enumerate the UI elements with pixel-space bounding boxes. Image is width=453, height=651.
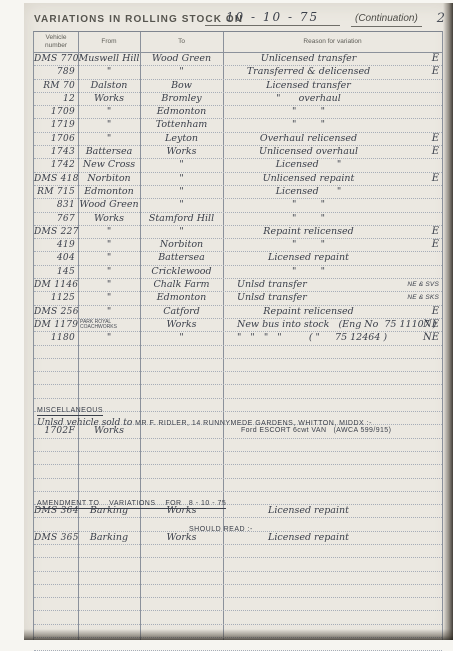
- vehicle-number: DMS 364: [34, 505, 78, 518]
- to-location: Wood Green: [140, 53, 223, 66]
- reason-for-variation: Licensed repaint: [223, 505, 442, 518]
- to-location: ": [140, 173, 223, 186]
- from-location: Wood Green: [78, 199, 140, 212]
- empty-ruled-row: [34, 359, 442, 372]
- to-location: Tottenham: [140, 119, 223, 132]
- vehicle-number: 1742: [34, 159, 78, 172]
- from-location: Muswell Hill: [78, 53, 140, 66]
- vehicle-number: DMS 770: [34, 53, 78, 66]
- col-header-reason: Reason for variation: [223, 38, 442, 46]
- table-row: 1743 Battersea Works Unlicensed overhaul…: [34, 146, 442, 159]
- table-row: 1706 " Leyton Overhaul relicensed E: [34, 133, 442, 146]
- table-row: 831 Wood Green " " ": [34, 199, 442, 212]
- reason-for-variation: Licensed repaint: [223, 532, 442, 545]
- vehicle-number: 1706: [34, 133, 78, 146]
- margin-note: E: [432, 146, 439, 159]
- date-handwritten: 10 - 10 - 75: [205, 10, 340, 26]
- table-row: 1719 " Tottenham " ": [34, 119, 442, 132]
- variations-table: Vehicle number From To Reason for variat…: [33, 31, 443, 640]
- to-location: Chalk Farm: [140, 279, 223, 292]
- table-row: DM 1179 PARK ROYAL COACHWORKS Works New …: [34, 319, 442, 332]
- to-location: Works: [140, 505, 223, 518]
- from-location: ": [78, 252, 140, 265]
- continuation-label: (Continuation): [351, 13, 422, 27]
- to-location: Bow: [140, 80, 223, 93]
- table-row: DMS 418 Norbiton " Unlicensed repaint E: [34, 173, 442, 186]
- vehicle-number: 1719: [34, 119, 78, 132]
- to-location: Catford: [140, 306, 223, 319]
- empty-ruled-row: [34, 598, 442, 611]
- page-number: 2: [437, 11, 445, 26]
- table-row: DMS 256 " Catford Repaint relicensed E: [34, 306, 442, 319]
- to-location: Works: [140, 532, 223, 545]
- reason-for-variation: New bus into stock (Eng No 75 11107 ): [223, 319, 453, 332]
- from-location: PARK ROYAL COACHWORKS: [78, 319, 140, 332]
- to-location: ": [140, 186, 223, 199]
- reason-for-variation: Licensed repaint: [223, 252, 442, 265]
- reason-for-variation: Licensed transfer: [223, 80, 442, 93]
- vehicle-number: 1743: [34, 146, 78, 159]
- reason-for-variation: Transferred & delicensed: [223, 66, 442, 79]
- from-location: ": [78, 306, 140, 319]
- to-location: Leyton: [140, 133, 223, 146]
- from-location: Barking: [78, 532, 140, 545]
- table-row: 404 " Battersea Licensed repaint: [34, 252, 442, 265]
- reason-for-variation: " ": [223, 239, 442, 252]
- from-location: Dalston: [78, 80, 140, 93]
- empty-ruled-row: [34, 558, 442, 571]
- reason-for-variation: Repaint relicensed: [223, 226, 442, 239]
- from-location: Norbiton: [78, 173, 140, 186]
- table-row: 1125 " Edmonton Unlsd transfer NE & SKS: [34, 292, 442, 305]
- table-row: 1742 New Cross " Licensed ": [34, 159, 442, 172]
- to-location: ": [140, 159, 223, 172]
- table-row: 145 " Cricklewood " ": [34, 266, 442, 279]
- vehicle-number: 767: [34, 213, 78, 226]
- margin-note: E: [432, 53, 439, 66]
- reason-for-variation: Repaint relicensed: [223, 306, 442, 319]
- table-row: 12 Works Bromley " overhaul: [34, 93, 442, 106]
- reason-for-variation: Overhaul relicensed: [223, 133, 442, 146]
- reason-for-variation: " " " " ( " 75 12464 ): [223, 332, 442, 345]
- vehicle-number: DM 1179: [34, 319, 78, 332]
- vehicle-number: 1709: [34, 106, 78, 119]
- vehicle-number: 831: [34, 199, 78, 212]
- from-location: ": [78, 239, 140, 252]
- empty-ruled-row: [34, 545, 442, 558]
- scanned-page: VARIATIONS IN ROLLING STOCK ON 10 - 10 -…: [0, 0, 453, 640]
- vehicle-number: 12: [34, 93, 78, 106]
- vehicle-number: DMS 256: [34, 306, 78, 319]
- to-location: Works: [140, 319, 223, 332]
- reason-for-variation: Licensed ": [223, 186, 442, 199]
- table-row: 767 Works Stamford Hill " ": [34, 213, 442, 226]
- vehicle-number: 404: [34, 252, 78, 265]
- vehicle-number: 419: [34, 239, 78, 252]
- table-body: DMS 770 Muswell Hill Wood Green Unlicens…: [34, 53, 442, 640]
- from-location: ": [78, 119, 140, 132]
- from-location: ": [78, 279, 140, 292]
- empty-ruled-row: [34, 439, 442, 452]
- empty-ruled-row: [34, 452, 442, 465]
- table-header: Vehicle number From To Reason for variat…: [34, 32, 442, 53]
- vehicle-number: DMS 418: [34, 173, 78, 186]
- reason-for-variation: Unlicensed repaint: [223, 173, 442, 186]
- vehicle-number: DMS 365: [34, 532, 78, 545]
- to-location: [140, 425, 223, 438]
- vehicle-number: 145: [34, 266, 78, 279]
- vehicle-number: RM 70: [34, 80, 78, 93]
- from-location: Battersea: [78, 146, 140, 159]
- col-header-from: From: [78, 38, 140, 46]
- table-row: DMS 770 Muswell Hill Wood Green Unlicens…: [34, 53, 442, 66]
- margin-note: E: [432, 173, 439, 186]
- empty-ruled-row: [34, 479, 442, 492]
- to-location: Edmonton: [140, 106, 223, 119]
- from-location: ": [78, 292, 140, 305]
- reason-for-variation: Ford ESCORT 6cwt VAN (AWCA 599/915): [223, 425, 442, 438]
- empty-ruled-row: [34, 385, 442, 398]
- from-location: ": [78, 332, 140, 345]
- from-location: Works: [78, 425, 140, 438]
- from-location: ": [78, 66, 140, 79]
- miscellaneous-heading: MISCELLANEOUS: [34, 399, 442, 412]
- reason-for-variation: " ": [223, 213, 442, 226]
- table-row: DMS 365 Barking Works Licensed repaint: [34, 532, 442, 545]
- vehicle-number: 1125: [34, 292, 78, 305]
- from-location: ": [78, 226, 140, 239]
- from-location: Barking: [78, 505, 140, 518]
- empty-ruled-row: [34, 585, 442, 598]
- margin-note: NE & SKS: [407, 292, 439, 305]
- page-header: VARIATIONS IN ROLLING STOCK ON 10 - 10 -…: [33, 10, 445, 31]
- vehicle-number: RM 715: [34, 186, 78, 199]
- from-location: Edmonton: [78, 186, 140, 199]
- table-row: DM 1146 " Chalk Farm Unlsd transfer NE &…: [34, 279, 442, 292]
- margin-note: E: [432, 66, 439, 79]
- table-row: 1709 " Edmonton " ": [34, 106, 442, 119]
- margin-note: NE: [423, 319, 439, 332]
- vehicle-number: 789: [34, 66, 78, 79]
- table-row: 419 " Norbiton " " E: [34, 239, 442, 252]
- from-location: Works: [78, 213, 140, 226]
- margin-note: NE: [423, 332, 439, 345]
- to-location: ": [140, 226, 223, 239]
- vehicle-number: 1702F: [34, 425, 78, 438]
- vehicle-number: DM 1146: [34, 279, 78, 292]
- empty-ruled-row: [34, 372, 442, 385]
- reason-for-variation: Licensed ": [223, 159, 442, 172]
- amendment-heading: AMENDMENT TO VARIATIONS FOR 8 - 10 - 75: [34, 492, 442, 505]
- margin-note: NE & SVS: [407, 279, 439, 292]
- table-row: 1702F Works Ford ESCORT 6cwt VAN (AWCA 5…: [34, 425, 442, 438]
- margin-note: E: [432, 133, 439, 146]
- table-row: DMS 227 " " Repaint relicensed E: [34, 226, 442, 239]
- reason-for-variation: Unlicensed overhaul: [223, 146, 442, 159]
- empty-ruled-row: [34, 611, 442, 624]
- reason-for-variation: " ": [223, 199, 442, 212]
- table-row: RM 70 Dalston Bow Licensed transfer: [34, 80, 442, 93]
- to-location: ": [140, 199, 223, 212]
- table-row: RM 715 Edmonton " Licensed ": [34, 186, 442, 199]
- ledger-paper: VARIATIONS IN ROLLING STOCK ON 10 - 10 -…: [24, 3, 453, 640]
- col-header-vehicle-number: Vehicle number: [34, 34, 78, 50]
- reason-for-variation: " overhaul: [223, 93, 442, 106]
- table-row: 1180 " " " " " " ( " 75 12464 ) NE: [34, 332, 442, 345]
- from-location: ": [78, 266, 140, 279]
- table-row: DMS 364 Barking Works Licensed repaint: [34, 505, 442, 518]
- should-read-row: SHOULD READ :-: [34, 518, 442, 531]
- to-location: Stamford Hill: [140, 213, 223, 226]
- empty-ruled-row: [34, 346, 442, 359]
- reason-for-variation: " ": [223, 266, 442, 279]
- to-location: ": [140, 332, 223, 345]
- to-location: Bromley: [140, 93, 223, 106]
- col-header-to: To: [140, 38, 223, 46]
- from-location: ": [78, 106, 140, 119]
- to-location: Battersea: [140, 252, 223, 265]
- to-location: Cricklewood: [140, 266, 223, 279]
- to-location: Norbiton: [140, 239, 223, 252]
- vehicle-number: 1180: [34, 332, 78, 345]
- reason-for-variation: Unlicensed transfer: [223, 53, 442, 66]
- to-location: Works: [140, 146, 223, 159]
- to-location: Edmonton: [140, 292, 223, 305]
- margin-note: E: [432, 226, 439, 239]
- reason-for-variation: " ": [223, 119, 442, 132]
- sold-vehicle-note: Unlsd vehicle sold to MR F. RIDLER, 14 R…: [34, 412, 442, 425]
- margin-note: E: [432, 306, 439, 319]
- to-location: ": [140, 66, 223, 79]
- from-location: New Cross: [78, 159, 140, 172]
- vehicle-number: DMS 227: [34, 226, 78, 239]
- reason-for-variation: " ": [223, 106, 442, 119]
- empty-ruled-row: [34, 625, 442, 638]
- empty-ruled-row: [34, 465, 442, 478]
- margin-note: E: [432, 239, 439, 252]
- empty-ruled-row: [34, 572, 442, 585]
- from-location: Works: [78, 93, 140, 106]
- from-location: ": [78, 133, 140, 146]
- table-row: 789 " " Transferred & delicensed E: [34, 66, 442, 79]
